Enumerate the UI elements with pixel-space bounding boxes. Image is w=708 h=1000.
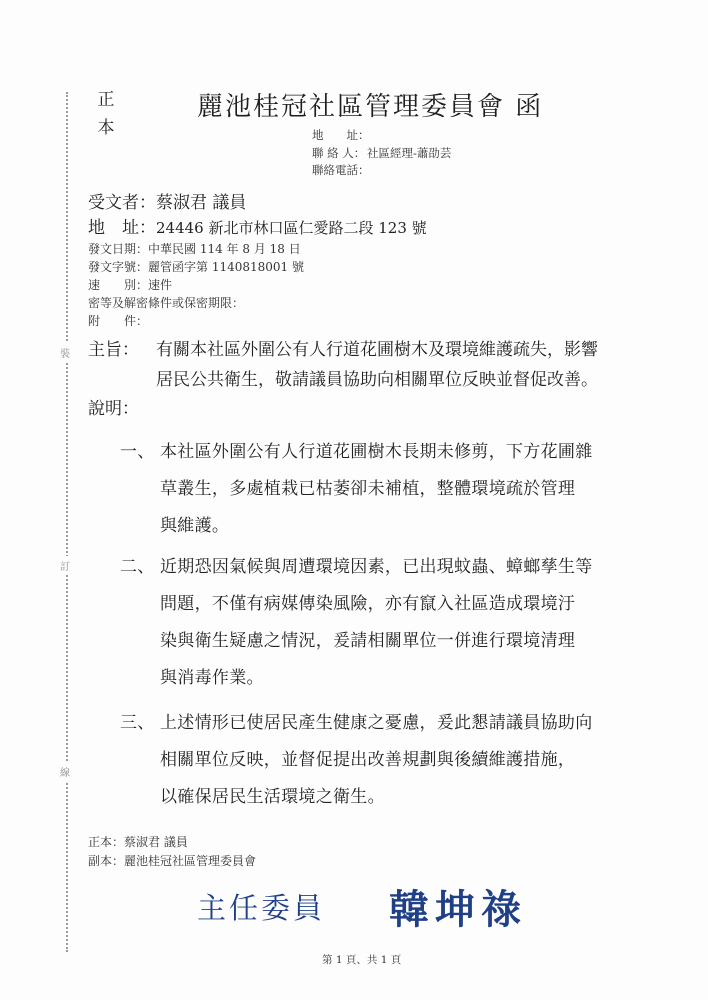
item-number: 一、	[120, 434, 160, 471]
speed-label: 速 別：	[88, 276, 148, 294]
explanation-item-3: 三、上述情形已使居民產生健康之憂慮，爰此懇請議員協助向 相關單位反映，並督促提出…	[120, 705, 680, 816]
item-text: 上述情形已使居民產生健康之憂慮，爰此懇請議員協助向	[160, 713, 593, 733]
document-meta: 受文者：蔡淑君 議員 地 址：24446 新北市林口區仁愛路二段 123 號 發…	[88, 190, 427, 330]
copy-type-char-2: 本	[96, 114, 116, 142]
speed-value: 速件	[148, 278, 172, 292]
binding-mark-zhuang: 裝	[58, 343, 72, 362]
item-text: 染與衛生疑慮之情況，爰請相關單位一併進行環境清理	[120, 623, 680, 660]
copy-label: 副本：	[88, 854, 124, 868]
item-text: 近期恐因氣候與周遭環境因素，已出現蚊蟲、蟑螂孳生等	[160, 557, 593, 577]
copy-recipient-row: 副本：麗池桂冠社區管理委員會	[88, 852, 256, 871]
sender-phone-row: 聯絡電話：	[312, 162, 451, 180]
subject-text-1: 有關本社區外圍公有人行道花圃樹木及環境維護疏失，影響	[156, 340, 598, 360]
recipient-address-row: 地 址：24446 新北市林口區仁愛路二段 123 號	[88, 216, 427, 240]
recipient-row: 受文者：蔡淑君 議員	[88, 190, 427, 216]
copy-type-char-1: 正	[96, 86, 116, 114]
sender-contact-row: 聯 絡 人：社區經理-蕭劭芸	[312, 145, 451, 163]
sender-contact-value: 社區經理-蕭劭芸	[367, 146, 451, 160]
item-text: 相關單位反映，並督促提出改善規劃與後續維護措施，	[120, 742, 680, 779]
recipient-value: 蔡淑君 議員	[156, 193, 246, 213]
sender-address-row: 地 址：	[312, 127, 451, 145]
issue-date-row: 發文日期：中華民國 114 年 8 月 18 日	[88, 240, 427, 258]
original-recipient-row: 正本：蔡淑君 議員	[88, 833, 256, 852]
subject-section: 主旨：有關本社區外圍公有人行道花圃樹木及環境維護疏失，影響 居民公共衛生，敬請議…	[88, 335, 668, 395]
explanation-item-1: 一、本社區外圍公有人行道花圃樹木長期未修剪，下方花圃雜 草叢生，多處植栽已枯萎卻…	[120, 434, 680, 545]
signatory-name: 韓坤祿	[389, 887, 527, 933]
binding-mark-ding: 訂	[58, 556, 72, 575]
issue-date-label: 發文日期：	[88, 240, 148, 258]
explanation-label: 說明：	[88, 394, 139, 419]
recipient-address-value: 24446 新北市林口區仁愛路二段 123 號	[156, 219, 427, 237]
attachment-label: 附 件：	[88, 312, 148, 330]
binding-dotted-line	[66, 92, 68, 952]
document-number-label: 發文字號：	[88, 258, 148, 276]
binding-mark-xian: 線	[58, 762, 72, 781]
explanation-item-2: 二、近期恐因氣候與周遭環境因素，已出現蚊蟲、蟑螂孳生等 問題，不僅有病媒傳染風險…	[120, 549, 680, 697]
sender-contact-label: 聯 絡 人：	[312, 145, 367, 163]
issue-date-value: 中華民國 114 年 8 月 18 日	[148, 242, 301, 256]
item-line: 二、近期恐因氣候與周遭環境因素，已出現蚊蟲、蟑螂孳生等	[120, 549, 680, 586]
attachment-row: 附 件：	[88, 312, 427, 330]
sender-phone-label: 聯絡電話：	[312, 162, 367, 180]
distribution-list: 正本：蔡淑君 議員 副本：麗池桂冠社區管理委員會	[88, 833, 256, 871]
original-value: 蔡淑君 議員	[124, 835, 188, 849]
official-letter-page: 裝 訂 線 正 本 麗池桂冠社區管理委員會 函 地 址： 聯 絡 人：社區經理-…	[0, 0, 708, 1000]
recipient-label: 受文者：	[88, 190, 156, 216]
document-number-row: 發文字號：麗管函字第 1140818001 號	[88, 258, 427, 276]
subject-line-1: 主旨：有關本社區外圍公有人行道花圃樹木及環境維護疏失，影響	[88, 335, 668, 365]
item-number: 三、	[120, 705, 160, 742]
item-line: 三、上述情形已使居民產生健康之憂慮，爰此懇請議員協助向	[120, 705, 680, 742]
speed-row: 速 別：速件	[88, 276, 427, 294]
item-text: 與維護。	[120, 508, 680, 545]
item-text: 草叢生，多處植栽已枯萎卻未補植，整體環境疏於管理	[120, 471, 680, 508]
item-number: 二、	[120, 549, 160, 586]
document-number-value: 麗管函字第 1140818001 號	[148, 260, 304, 274]
document-title: 麗池桂冠社區管理委員會 函	[197, 86, 543, 123]
secrecy-label: 密等及解密條件或保密期限：	[88, 294, 244, 312]
sender-address-label: 地 址：	[312, 127, 367, 145]
subject-label: 主旨：	[88, 335, 156, 365]
item-text: 以確保居民生活環境之衛生。	[120, 779, 680, 816]
item-text: 本社區外圍公有人行道花圃樹木長期未修剪，下方花圃雜	[160, 442, 593, 462]
copy-type-marker: 正 本	[96, 86, 116, 142]
signature-block: 主任委員韓坤祿	[197, 878, 527, 935]
sender-info: 地 址： 聯 絡 人：社區經理-蕭劭芸 聯絡電話：	[312, 127, 451, 180]
item-line: 一、本社區外圍公有人行道花圃樹木長期未修剪，下方花圃雜	[120, 434, 680, 471]
subject-text-2: 居民公共衛生，敬請議員協助向相關單位反映並督促改善。	[88, 365, 668, 395]
original-label: 正本：	[88, 835, 124, 849]
secrecy-row: 密等及解密條件或保密期限：	[88, 294, 427, 312]
item-text: 與消毒作業。	[120, 660, 680, 697]
item-text: 問題，不僅有病媒傳染風險，亦有竄入社區造成環境汙	[120, 586, 680, 623]
signatory-role: 主任委員	[197, 891, 325, 925]
page-indicator: 第 1 頁、共 1 頁	[322, 952, 401, 967]
copy-value: 麗池桂冠社區管理委員會	[124, 854, 256, 868]
recipient-address-label: 地 址：	[88, 216, 156, 240]
